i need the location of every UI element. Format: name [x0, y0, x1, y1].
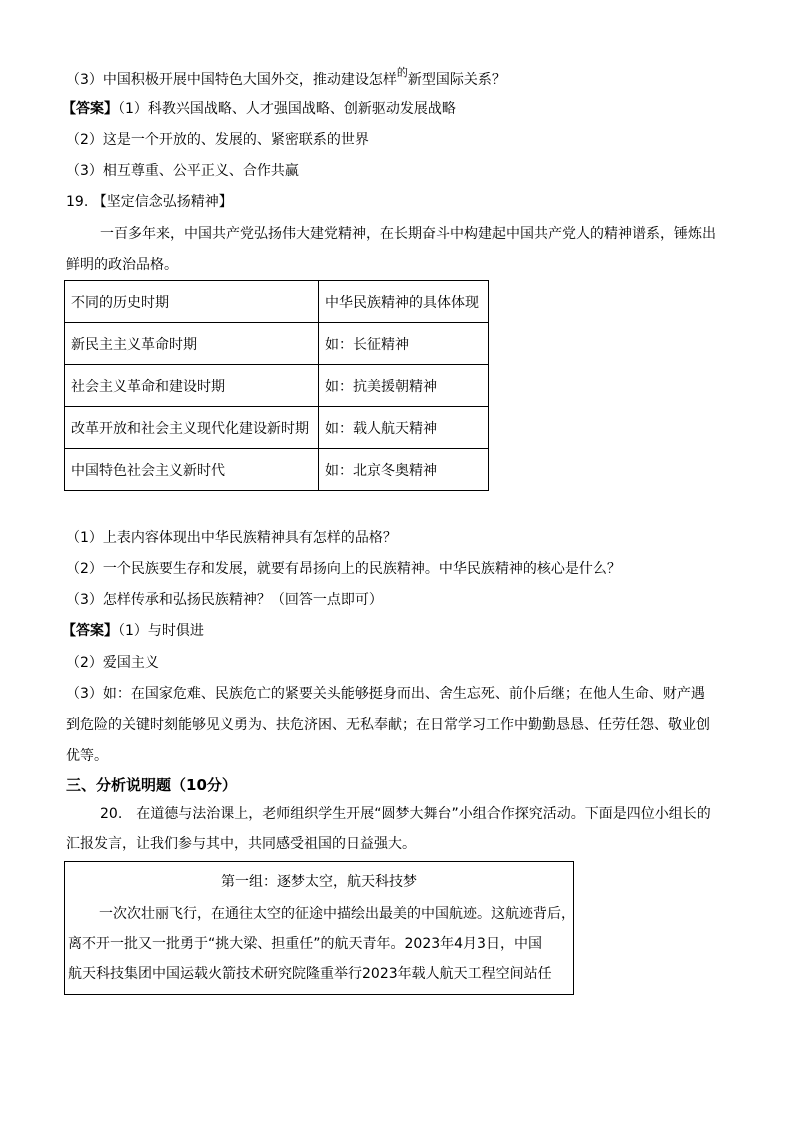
group1-line1: 一次次壮丽飞行，在通往太空的征途中描绘出最美的中国航迹。这航迹背后，: [99, 904, 575, 924]
group1-line3: 航天科技集团中国运载火箭技术研究院隆重举行2023年载人航天工程空间站任: [68, 964, 552, 984]
q19-answer1: 【答案】（1）与时俱进: [62, 621, 204, 641]
q18-sub3-sup: 的: [397, 66, 408, 79]
table-cell: 中国特色社会主义新时代: [65, 449, 319, 491]
answer-label: 【答案】: [62, 623, 118, 639]
q18-answer2: （2）这是一个开放的、发展的、紧密联系的世界: [66, 130, 369, 150]
q18-answer1: 【答案】（1）科教兴国战略、人才强国战略、创新驱动发展战略: [62, 99, 456, 119]
q19-question2: （2）一个民族要生存和发展，就要有昂扬向上的民族精神。中华民族精神的核心是什么？: [66, 559, 621, 579]
table-row: 改革开放和社会主义现代化建设新时期 如：载人航天精神: [65, 407, 489, 449]
q19-intro-line2: 鲜明的政治品格。: [66, 255, 178, 275]
table-cell: 如：北京冬奥精神: [319, 449, 489, 491]
q18-sub3-text: （3）中国积极开展中国特色大国外交，推动建设怎样: [66, 72, 397, 88]
q19-question3: （3）怎样传承和弘扬民族精神？（回答一点即可）: [66, 590, 383, 610]
table-cell: 如：抗美援朝精神: [319, 365, 489, 407]
q19-intro-line1: 一百多年来，中国共产党弘扬伟大建党精神，在长期奋斗中构建起中国共产党人的精神谱系…: [100, 224, 716, 244]
table-cell: 如：载人航天精神: [319, 407, 489, 449]
section-heading: 三、分析说明题（10分）: [66, 775, 237, 795]
q19-answer1-text: （1）与时俱进: [118, 623, 204, 639]
table-header-cell: 中华民族精神的具体体现: [319, 281, 489, 323]
table-cell: 如：长征精神: [319, 323, 489, 365]
answer-label: 【答案】: [62, 101, 118, 117]
q18-sub3-end: 新型国际关系？: [408, 72, 506, 88]
q18-answer3: （3）相互尊重、公平正义、合作共赢: [66, 161, 299, 181]
table-cell: 新民主主义革命时期: [65, 323, 319, 365]
table-row: 社会主义革命和建设时期 如：抗美援朝精神: [65, 365, 489, 407]
q19-answer2: （2）爱国主义: [66, 653, 159, 673]
q19-answer3-line2: 到危险的关键时刻能够见义勇为、扶危济困、无私奉献；在日常学习工作中勤勤恳恳、任劳…: [66, 715, 710, 735]
q18-sub3: （3）中国积极开展中国特色大国外交，推动建设怎样的新型国际关系？: [66, 70, 506, 91]
table-header-cell: 不同的历史时期: [65, 281, 319, 323]
q19-answer3-line1: （3）如：在国家危难、民族危亡的紧要关头能够挺身而出、舍生忘死、前仆后继；在他人…: [66, 684, 705, 704]
q18-answer1-text: （1）科教兴国战略、人才强国战略、创新驱动发展战略: [118, 101, 456, 117]
table-header-row: 不同的历史时期 中华民族精神的具体体现: [65, 281, 489, 323]
q20-intro-line2: 汇报发言，让我们参与其中，共同感受祖国的日益强大。: [66, 834, 416, 854]
table-row: 新民主主义革命时期 如：长征精神: [65, 323, 489, 365]
q19-question1: （1）上表内容体现出中华民族精神具有怎样的品格？: [66, 528, 397, 548]
group1-line2: 离不开一批又一批勇于“挑大梁、担重任”的航天青年。2023年4月3日，中国: [68, 934, 542, 954]
table-cell: 改革开放和社会主义现代化建设新时期: [65, 407, 319, 449]
spirit-table: 不同的历史时期 中华民族精神的具体体现 新民主主义革命时期 如：长征精神 社会主…: [64, 280, 489, 491]
group1-report-box: 第一组：逐梦太空，航天科技梦 一次次壮丽飞行，在通往太空的征途中描绘出最美的中国…: [64, 861, 574, 995]
table-row: 中国特色社会主义新时代 如：北京冬奥精神: [65, 449, 489, 491]
table-cell: 社会主义革命和建设时期: [65, 365, 319, 407]
q19-title: 19. 【坚定信念弘扬精神】: [66, 192, 233, 212]
group1-title: 第一组：逐梦太空，航天科技梦: [65, 872, 573, 892]
q19-answer3-line3: 优等。: [66, 746, 108, 766]
q20-intro-line1: 20. 在道德与法治课上，老师组织学生开展“圆梦大舞台”小组合作探究活动。下面是…: [100, 804, 711, 824]
